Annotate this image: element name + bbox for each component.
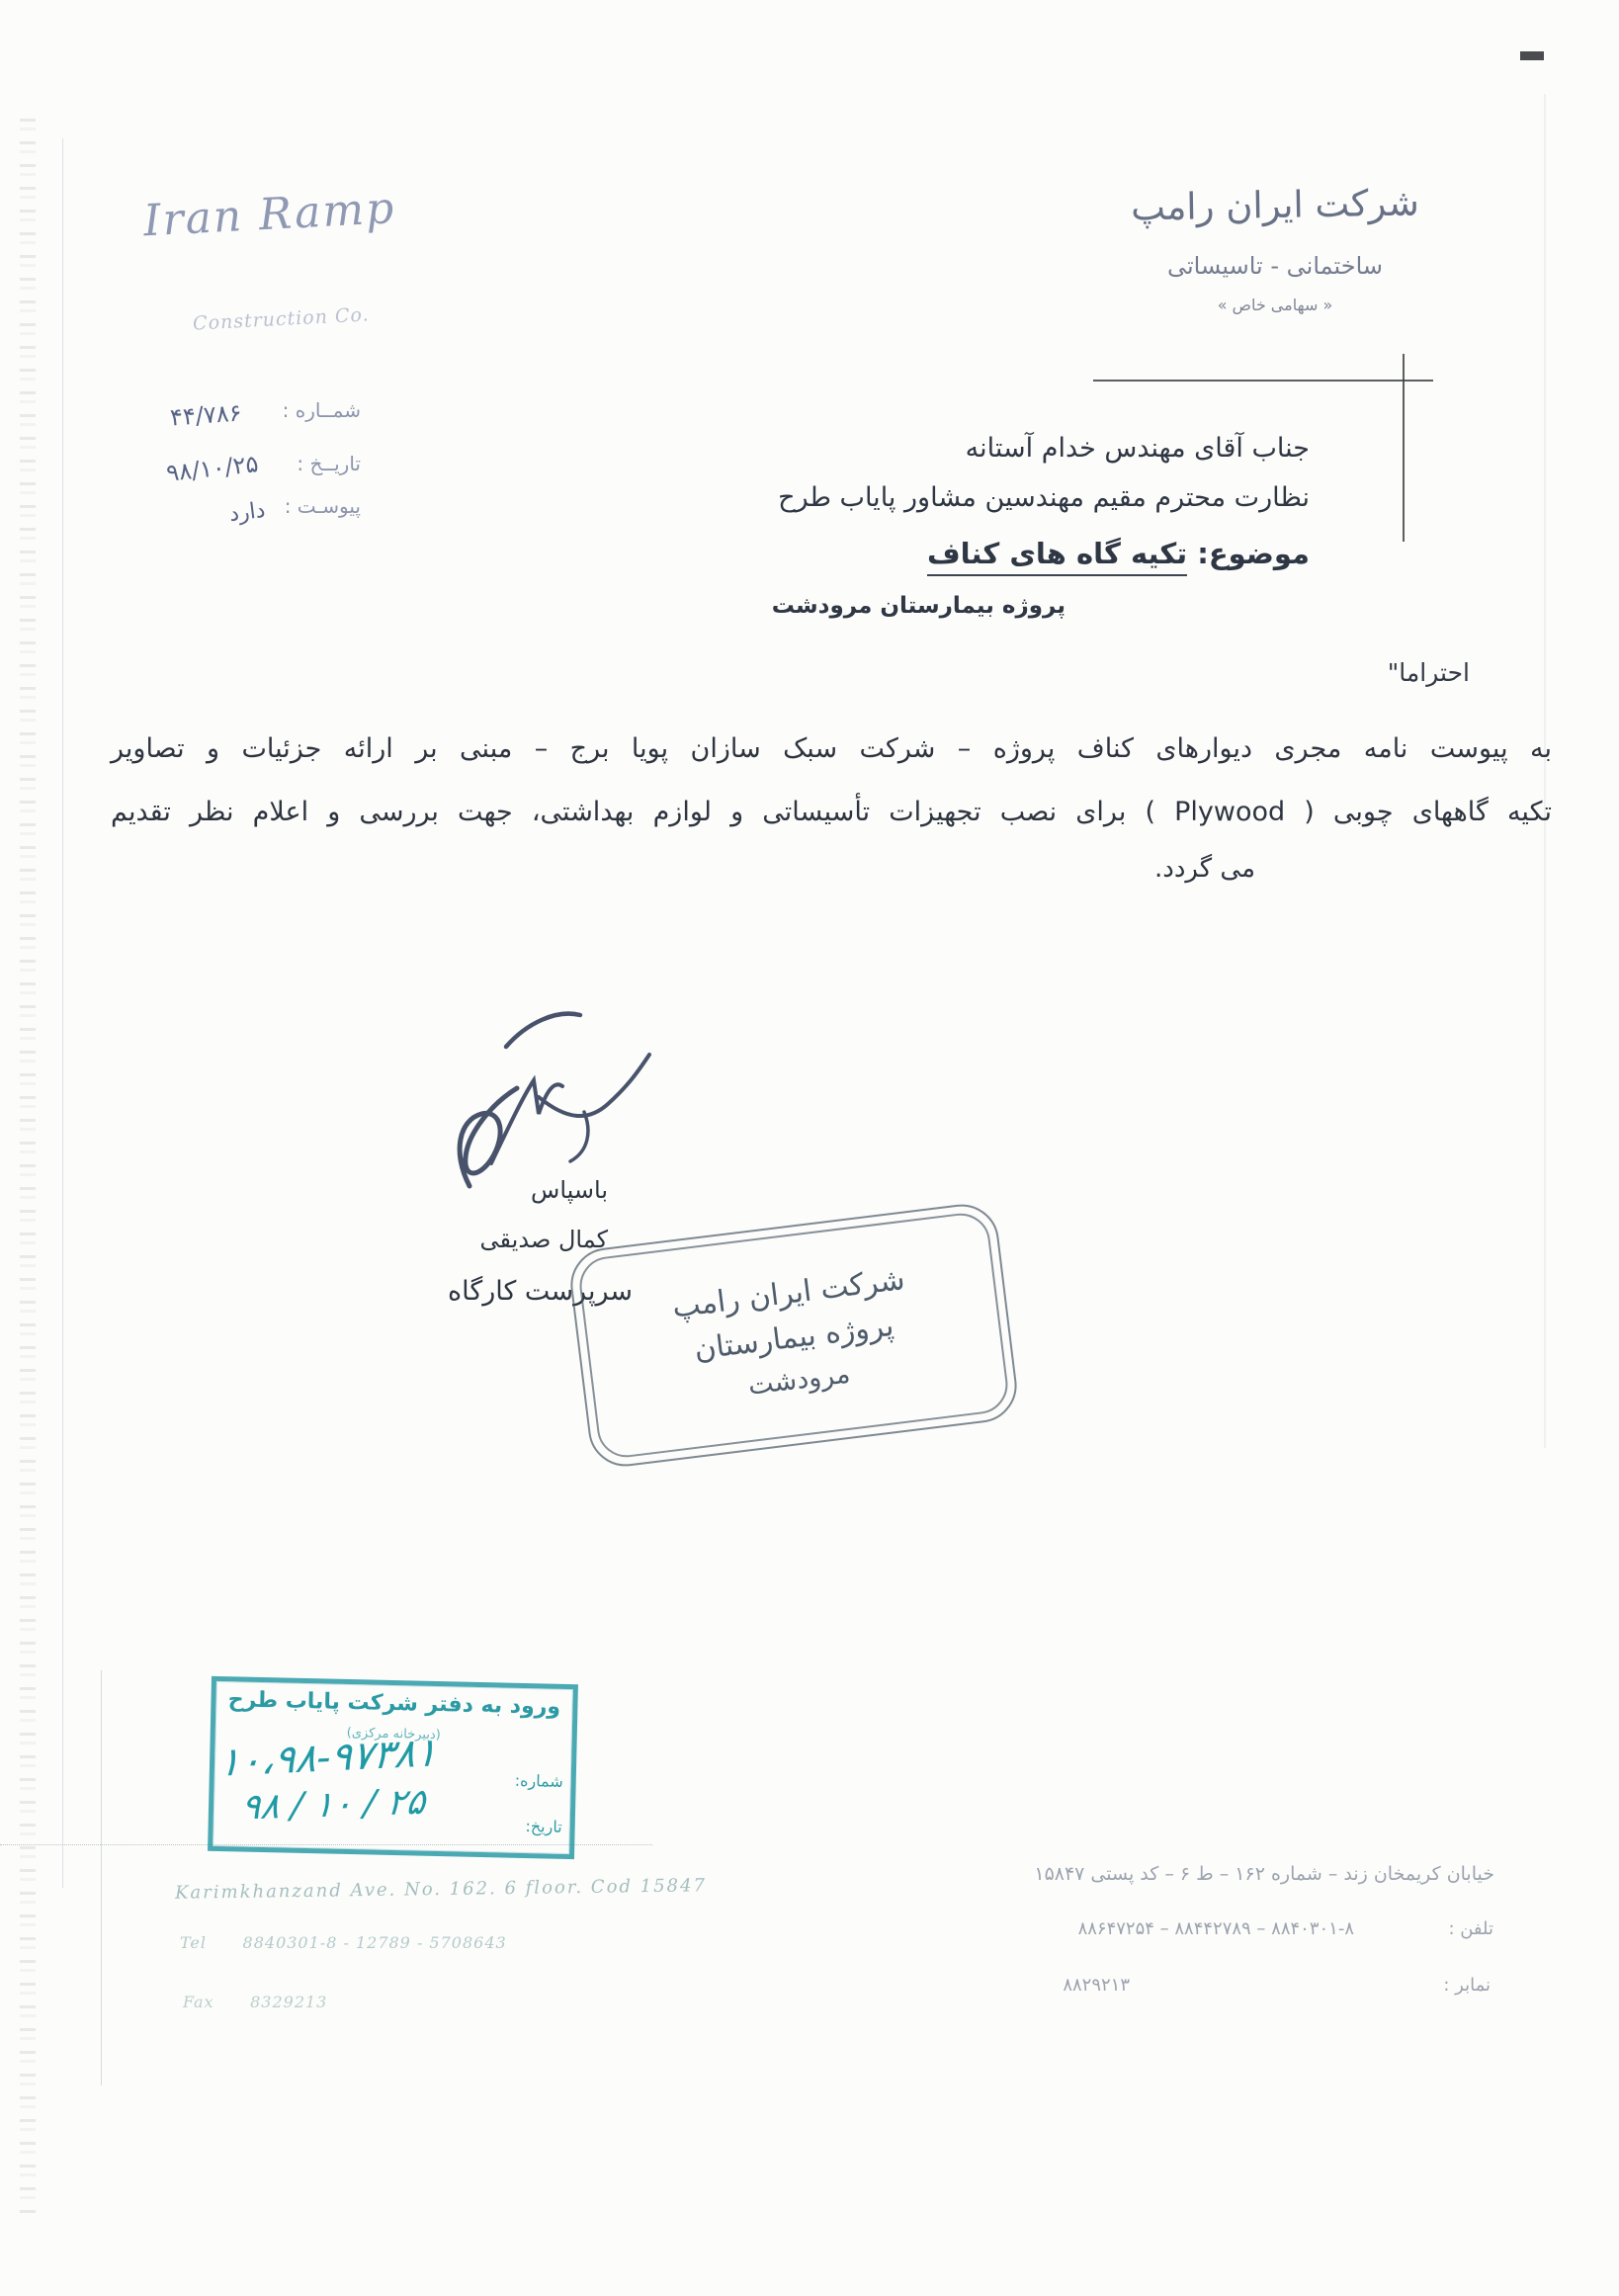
subject-label: موضوع: (1187, 537, 1310, 570)
footer-fax-label-fa: نمابر : (1443, 1975, 1491, 1996)
site-stamp-text: شرکت ایران رامپ پروژه بیمارستان مرودشت (568, 1202, 1018, 1468)
entry-stamp: ورود به دفتر شرکت پایاب طرح (دبیرخانه مر… (208, 1676, 578, 1859)
corner-mark-horizontal (1093, 380, 1433, 382)
letter-number-value: ۴۴/۷۸۶ (169, 399, 242, 432)
footer-tel-en: Tel 8840301-8 - 12789 - 5708643 (180, 1933, 507, 1952)
footer-address-en: Karimkhanzand Ave. No. 162. 6 floor. Cod… (175, 1875, 707, 1904)
company-activity-fa: ساختمانی - تاسیساتی (1097, 252, 1453, 280)
body-line-2: تکیه گاههای چوبی ( Plywood ) برای نصب تج… (111, 797, 1552, 827)
scan-top-dash-mark (1520, 51, 1544, 60)
footer-tel-label-fa: تلفن : (1448, 1918, 1493, 1939)
scan-bottom-left-vline (101, 1670, 102, 2085)
entry-stamp-number-label: شماره: (514, 1771, 562, 1791)
subject-value: تکیه گاه های کناف (927, 537, 1187, 576)
company-name-fa: شرکت ایران رامپ (1097, 181, 1454, 229)
signoff-name: کمال صدیقی (480, 1226, 608, 1253)
footer-address-fa: خیابان کریمخان زند – شماره ۱۶۲ – ط ۶ – ک… (1034, 1863, 1494, 1885)
entry-stamp-date-value: ۹۸ / ۱۰ / ۲۵ (240, 1782, 427, 1828)
site-stamp-city: مرودشت (746, 1358, 852, 1401)
logo-english-subtitle: Construction Co. (193, 303, 371, 334)
letter-date-label: تاریــخ : (297, 452, 361, 475)
scanned-letter-page: Iran Ramp Construction Co. شرکت ایران را… (0, 0, 1619, 2296)
corner-mark-vertical (1403, 354, 1405, 542)
entry-stamp-title: ورود به دفتر شرکت پایاب طرح (215, 1687, 572, 1720)
recipient-name: جناب آقای مهندس خدام آستانه (966, 433, 1310, 464)
footer-tel-value-fa: ۸۸۴۰۳۰۱-۸ – ۸۸۴۴۲۷۸۹ – ۸۸۶۴۷۲۵۴ (1078, 1918, 1354, 1939)
letter-number-label: شمــاره : (283, 398, 361, 422)
subject-line: موضوع: تکیه گاه های کناف (927, 537, 1310, 570)
recipient-role: نظارت محترم مقیم مهندسین مشاور پایاب طرح (778, 482, 1310, 513)
scan-edge-noise (20, 119, 36, 2214)
footer-fax-en: Fax 8329213 (183, 1993, 327, 2011)
letter-attachment-label: پیوسـت : (285, 494, 361, 518)
body-line-1: به پیوست نامه مجری دیوارهای کناف پروژه –… (111, 733, 1552, 764)
project-name: پروژه بیمارستان مرودشت (772, 593, 1065, 619)
signature (440, 993, 667, 1201)
company-type-fa: « سهامی خاص » (1097, 296, 1453, 314)
letter-attachment-value: دارد (228, 498, 267, 527)
scan-right-line (1544, 94, 1546, 1448)
company-header-fa: شرکت ایران رامپ ساختمانی - تاسیساتی « سه… (1097, 184, 1453, 314)
site-stamp: شرکت ایران رامپ پروژه بیمارستان مرودشت (566, 1200, 1021, 1470)
scan-left-line (62, 138, 63, 1888)
logo-english: Iran Ramp (142, 180, 461, 247)
footer-fax-value-fa: ۸۸۲۹۲۱۳ (1063, 1975, 1130, 1996)
body-line-3: می گردد. (1154, 854, 1255, 884)
letter-date-value: ۹۸/۱۰/۲۵ (165, 450, 260, 487)
entry-stamp-date-label: تاریخ: (525, 1817, 562, 1836)
signoff-thanks: باسپاس (531, 1176, 608, 1204)
entry-stamp-number-value: ۱۰،۹۸-۹۷۳۸۱ (217, 1730, 438, 1786)
salutation: احتراما" (1388, 658, 1470, 687)
